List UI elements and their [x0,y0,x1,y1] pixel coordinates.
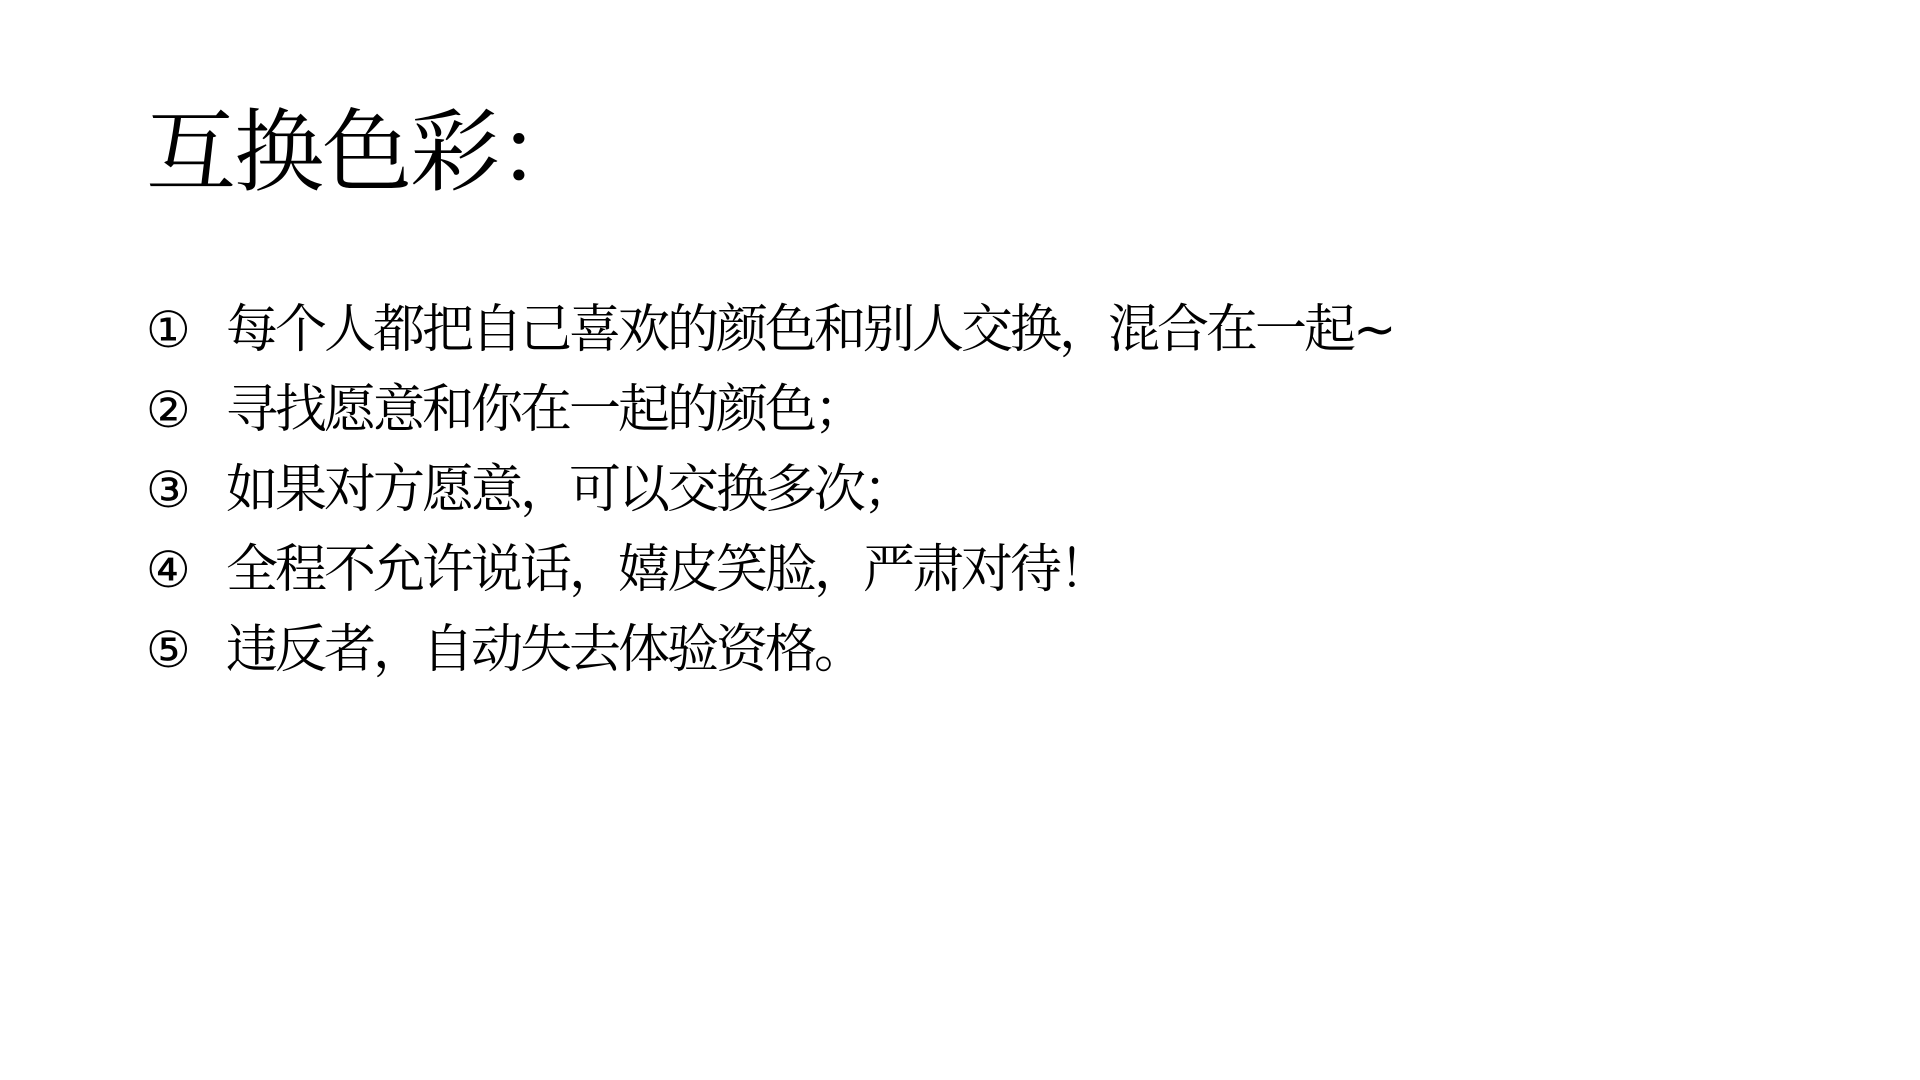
rule-item: ① 每个人都把自己喜欢的颜色和别人交换，混合在一起~ [146,290,1394,370]
rule-text: 如果对方愿意，可以交换多次； [226,450,912,530]
rule-text: 寻找愿意和你在一起的颜色； [226,370,863,450]
rule-item: ② 寻找愿意和你在一起的颜色； [146,370,1394,450]
rules-list: ① 每个人都把自己喜欢的颜色和别人交换，混合在一起~ ② 寻找愿意和你在一起的颜… [146,290,1394,690]
slide-title: 互换色彩： [146,98,586,208]
rule-number: ④ [146,530,226,610]
rule-item: ③ 如果对方愿意，可以交换多次； [146,450,1394,530]
rule-text: 每个人都把自己喜欢的颜色和别人交换，混合在一起~ [226,290,1394,370]
rule-text: 违反者，自动失去体验资格。 [226,610,863,690]
rule-number: ① [146,290,226,370]
rule-item: ⑤ 违反者，自动失去体验资格。 [146,610,1394,690]
rule-number: ② [146,370,226,450]
rule-text: 全程不允许说话，嬉皮笑脸，严肃对待！ [226,530,1108,610]
rule-item: ④ 全程不允许说话，嬉皮笑脸，严肃对待！ [146,530,1394,610]
rule-number: ⑤ [146,610,226,690]
rule-number: ③ [146,450,226,530]
